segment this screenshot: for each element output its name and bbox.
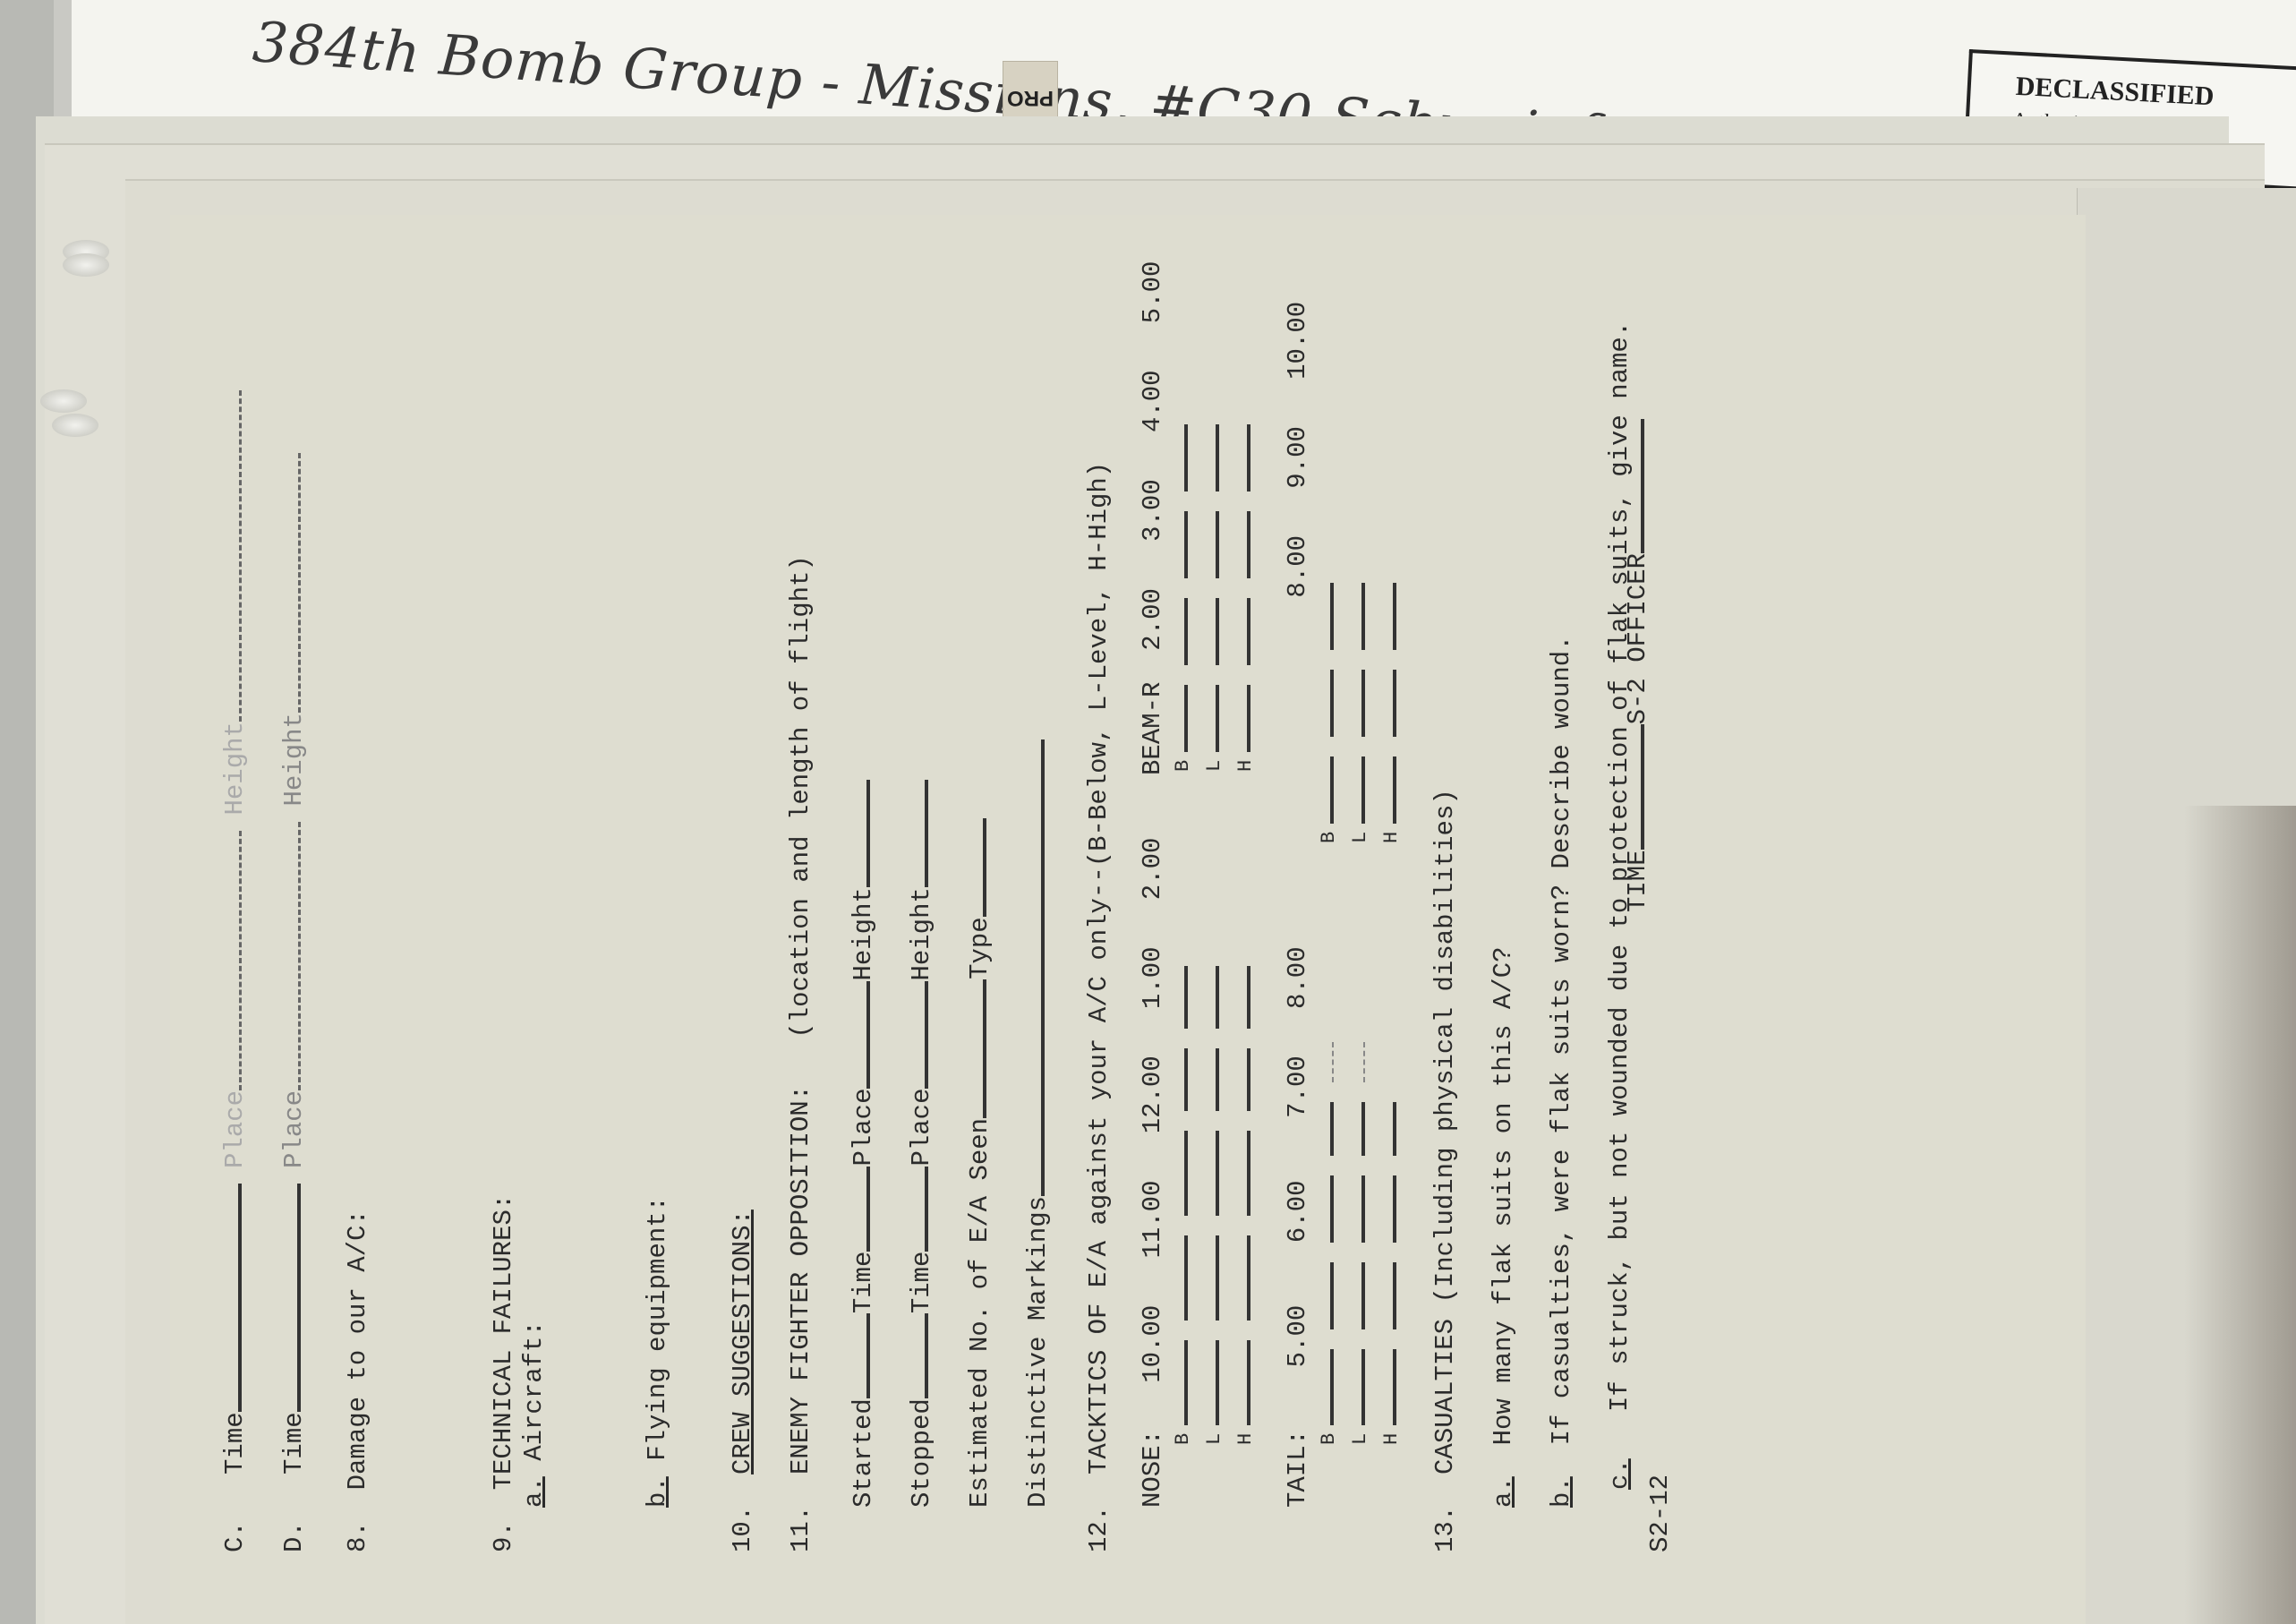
grid-cell[interactable] [1183,424,1188,491]
grid-cell[interactable] [1183,1235,1188,1321]
item-11-estimated: Estimated No. of E/A SeenType [967,818,993,1508]
s2-officer-field[interactable] [1640,419,1644,553]
grid-cell[interactable] [1246,1235,1250,1321]
item-11: 11. ENEMY FIGHTER OPPOSITION: (location … [788,555,814,1552]
estimated-field[interactable] [982,979,986,1118]
grid-cell[interactable] [1246,685,1250,752]
grid-cell[interactable] [1183,598,1188,665]
nose-header: NOSE: 10.00 11.00 12.00 1.00 2.00 BEAM-R… [1139,261,1165,1508]
item-11-stopped: StoppedTimePlaceHeight [909,780,935,1508]
stopped-time-field[interactable] [924,1167,928,1252]
pro-tab-label: PRO [1007,85,1054,110]
item-13: 13. CASUALTIES (Including physical disab… [1432,789,1458,1552]
grid-cell[interactable] [1215,598,1219,665]
nose-row-b: BB [1168,405,1194,1445]
item-c-height-field[interactable] [238,390,242,722]
grid-cell[interactable] [1215,1340,1219,1425]
grid-cell[interactable] [1361,1102,1365,1156]
form-id: S2-12 [1647,1474,1673,1552]
grid-cell[interactable] [1392,1349,1396,1425]
grid-cell[interactable] [1361,670,1365,737]
nose-row-h: HH [1231,405,1257,1445]
grid-cell[interactable] [1246,1131,1250,1216]
grid-cell[interactable] [1183,966,1188,1029]
grid-cell[interactable] [1361,1175,1365,1243]
grid-cell[interactable] [1246,598,1250,665]
grid-cell[interactable] [1246,1048,1250,1111]
grid-cell[interactable] [1246,1340,1250,1425]
stopped-field[interactable] [924,1313,928,1398]
item-9a: a. Aircraft: [521,1321,547,1508]
item-10: 10. CREW SUGGESTIONS: [730,1209,755,1552]
grid-cell[interactable] [1329,1102,1334,1156]
item-13b: b. If casualties, were flak suits worn? … [1549,635,1575,1508]
grid-cell[interactable] [1183,511,1188,578]
tail-row-l: LL [1345,563,1371,1445]
grid-cell[interactable] [1392,1102,1396,1156]
grid-cell[interactable] [1183,1131,1188,1216]
grid-cell[interactable] [1329,1349,1334,1425]
tail-row-b: BB [1314,563,1340,1445]
started-place-field[interactable] [866,981,870,1089]
item-d-line: D. Time Place Height [281,453,307,1552]
grid-cell[interactable] [1361,1349,1365,1425]
tail-row-h: HH [1377,563,1403,1445]
grid-cell[interactable] [1361,583,1365,650]
item-d-height-field[interactable] [297,453,301,713]
grid-cell[interactable] [1246,424,1250,491]
shadow [2184,806,2296,1624]
item-9b: b. Flying equipment: [644,1196,670,1508]
grid-cell[interactable] [1329,756,1334,824]
grid-cell[interactable] [1246,966,1250,1029]
item-13a: a. How many flak suits on this A/C? [1490,946,1516,1508]
stopped-height-field[interactable] [924,780,928,887]
grid-cell[interactable] [1183,1340,1188,1425]
footer-signature: TIMES-2 OFFICER [1625,419,1651,912]
item-9: 9. TECHNICAL FAILURES: [491,1194,516,1552]
item-c-time-field[interactable] [237,1184,242,1412]
markings-field[interactable] [1040,739,1045,1196]
grid-cell[interactable] [1392,1262,1396,1329]
punch-hole [40,389,87,413]
grid-cell[interactable] [1215,1048,1219,1111]
started-field[interactable] [866,1313,870,1398]
item-d-time-field[interactable] [296,1184,301,1412]
form-page: C. Time Place Height D. Time Place Heigh… [170,215,2086,1624]
grid-cell[interactable] [1215,685,1219,752]
grid-cell[interactable] [1329,583,1334,650]
grid-cell[interactable] [1183,1048,1188,1111]
item-c-line: C. Time Place Height [222,390,248,1552]
footer-time-field[interactable] [1640,724,1644,850]
grid-cell[interactable] [1329,1262,1334,1329]
declassified-title: DECLASSIFIED [2015,72,2215,113]
item-12: 12. TACKTICS OF E/A against your A/C onl… [1086,462,1112,1552]
item-d-place-field[interactable] [297,822,301,1090]
stopped-place-field[interactable] [924,981,928,1089]
grid-cell[interactable] [1361,756,1365,824]
grid-cell[interactable] [1215,511,1219,578]
grid-cell[interactable] [1215,966,1219,1029]
grid-cell[interactable] [1246,511,1250,578]
started-time-field[interactable] [866,1167,870,1252]
grid-cell[interactable] [1361,1262,1365,1329]
grid-cell[interactable] [1392,583,1396,650]
grid-cell[interactable] [1329,670,1334,737]
item-c-place-field[interactable] [238,831,242,1090]
grid-cell[interactable] [1392,670,1396,737]
item-11-markings: Distinctive Markings [1025,739,1051,1508]
tail-header: TAIL: 5.00 6.00 7.00 8.00 8.00 9.00 10.0… [1285,302,1310,1508]
grid-cell[interactable] [1183,685,1188,752]
grid-cell[interactable] [1215,424,1219,491]
grid-cell[interactable] [1362,1042,1365,1082]
grid-cell[interactable] [1392,756,1396,824]
grid-cell[interactable] [1392,1175,1396,1243]
item-11-started: StartedTimePlaceHeight [850,780,876,1508]
nose-row-l: LL [1199,405,1225,1445]
grid-cell[interactable] [1329,1175,1334,1243]
type-field[interactable] [982,818,986,917]
started-height-field[interactable] [866,780,870,887]
punch-hole [63,253,109,277]
punch-hole [52,414,98,437]
grid-cell[interactable] [1215,1131,1219,1216]
item-8: 8. Damage to our A/C: [345,1209,371,1552]
grid-cell[interactable] [1215,1235,1219,1321]
grid-cell[interactable] [1331,1042,1334,1082]
